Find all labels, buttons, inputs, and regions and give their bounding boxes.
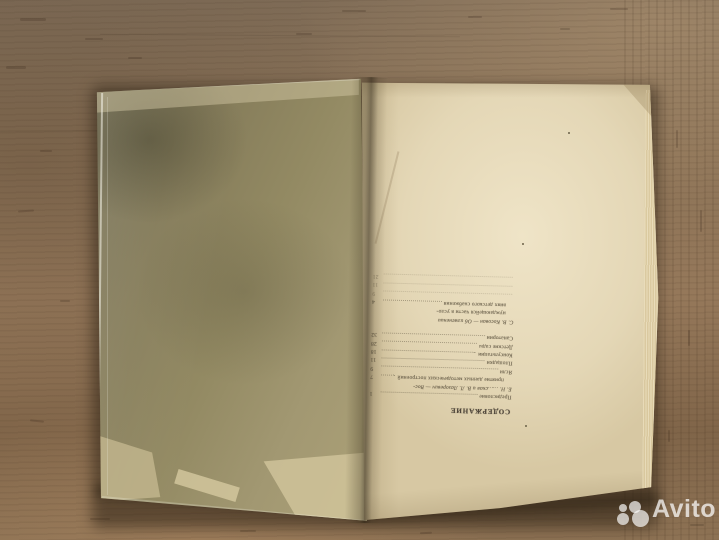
wood-grain-streak [128, 57, 142, 59]
toc-heading: СОДЕРЖАНИЕ [369, 404, 510, 416]
avito-logo-icon [617, 513, 629, 525]
avito-logo-icon [619, 504, 627, 512]
toc-dotted-leader [382, 341, 477, 344]
toc-page-number: 32 [371, 331, 380, 338]
toc-dotted-leader [383, 291, 512, 295]
wood-grain-streak [60, 300, 70, 302]
toc-dotted-leader [381, 374, 395, 375]
wood-grain-streak [688, 330, 690, 346]
toc-page-number: 28 [371, 339, 380, 346]
wood-grain-streak [700, 210, 702, 232]
toc-entry-title: Площадки [487, 359, 513, 366]
toc-entry-title: Детские сады [479, 342, 513, 349]
paper-speck [525, 425, 527, 427]
wood-grain-streak [40, 150, 52, 152]
toc-entry-title: приятие данных методических построений [397, 374, 504, 383]
toc-dotted-leader [381, 391, 478, 395]
toc-entry-title: Предисловие [479, 393, 512, 400]
toc-page-number: 18 [371, 348, 380, 355]
toc-dotted-leader [382, 332, 485, 336]
toc-page-number: 21 [373, 273, 382, 280]
toc-dotted-leader [384, 274, 513, 278]
paper-speck [568, 132, 570, 134]
toc-entry-title: Ясли [500, 368, 513, 375]
toc-entry-title: нуждающейся части в усло- [436, 308, 506, 316]
wood-grain-streak [676, 130, 678, 148]
wood-grain-streak [610, 8, 628, 10]
wood-grain-streak [20, 18, 46, 21]
toc-page-number: 11 [372, 281, 381, 288]
table-of-contents-upside-down: СОДЕРЖАНИЕ Предисловие1Е. Н. ……ская и В.… [369, 262, 515, 418]
watermark-brand-text: Avito [652, 495, 716, 524]
toc-page-number: 9 [370, 365, 379, 372]
toc-page-number: 11 [370, 356, 379, 363]
toc-entry-title: Е. Н. ……ская и В. Л. Лазоревич — Вос- [413, 383, 512, 392]
toc-dotted-leader [383, 282, 512, 286]
toc-entry-title: Консультации [478, 351, 513, 358]
toc-entry-title: виях детского снабжения [444, 300, 506, 308]
wood-grain-streak [668, 430, 670, 442]
toc-entry: Предисловие1 [370, 390, 512, 400]
avito-watermark: Avito [612, 498, 716, 534]
wood-grain-streak [468, 16, 482, 18]
left-page [95, 77, 367, 524]
toc-entry-title: С. В. Косован — Об изменении [438, 316, 514, 324]
toc-dotted-leader [381, 357, 484, 361]
toc-entries: Предисловие1Е. Н. ……ская и В. Л. Лазорев… [370, 273, 515, 400]
toc-dotted-leader [383, 299, 442, 302]
toc-page-number: 7 [370, 373, 379, 380]
toc-entry: С. В. Косован — Об изменении [371, 315, 513, 325]
avito-logo-icon [632, 510, 649, 527]
toc-page-number: 1 [370, 390, 379, 397]
photo-of-open-book: СОДЕРЖАНИЕ Предисловие1Е. Н. ……ская и В.… [0, 0, 719, 540]
paper-speck [522, 243, 524, 245]
wood-grain-streak [6, 66, 26, 69]
wrapper-edge-inner [107, 97, 108, 495]
wood-grain-streak [342, 10, 366, 12]
wood-grain-streak [560, 28, 570, 30]
toc-dotted-leader [381, 366, 498, 370]
toc-entry-title: Санатории [487, 334, 514, 341]
toc-dotted-leader [382, 349, 476, 352]
toc-page-number: 4 [372, 298, 381, 305]
tape-strip [174, 469, 240, 502]
wood-grain-streak [85, 38, 103, 40]
wood-grain-streak [240, 530, 256, 532]
toc-page-number: 9 [372, 289, 381, 296]
